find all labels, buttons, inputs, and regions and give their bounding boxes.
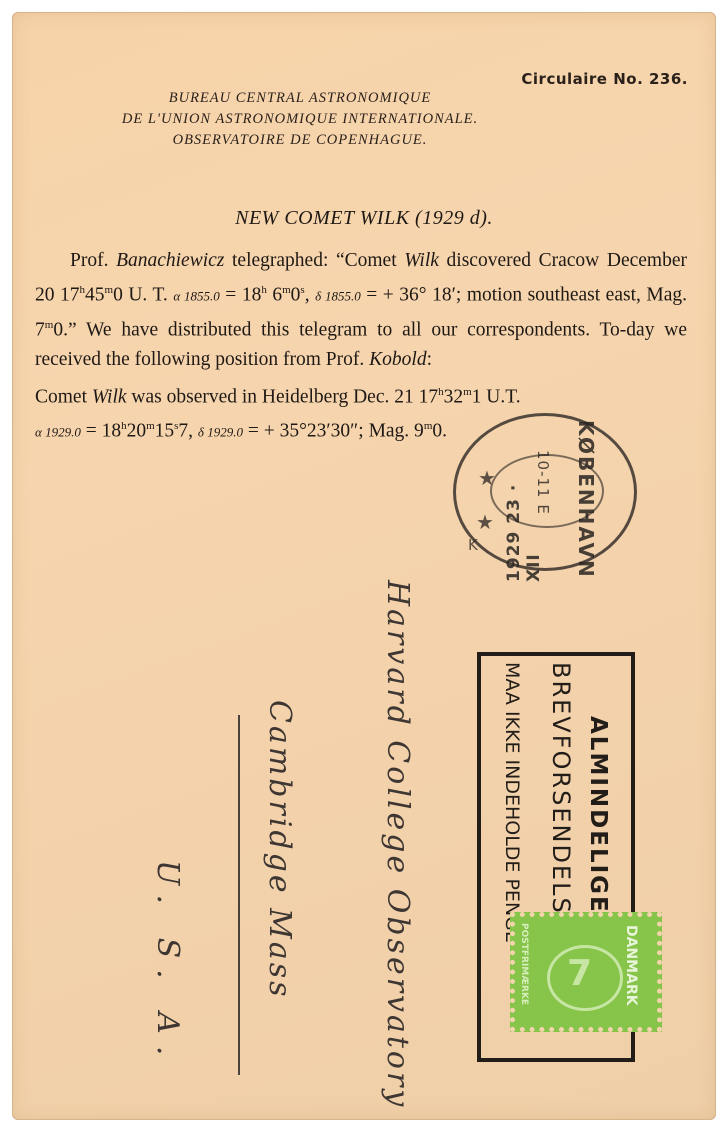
telegram-paragraph: Prof. Banachiewicz telegraphed: “Comet W… (35, 246, 687, 374)
unit-minutes: m (146, 420, 155, 432)
star-icon: ★ (478, 466, 496, 490)
text: 0 (291, 284, 301, 305)
text: 7, (178, 421, 198, 442)
name-wilk: Wilk (404, 250, 439, 271)
text: telegraphed: “Comet (224, 250, 404, 271)
name-kobold: Kobold (369, 349, 426, 370)
text: Prof. (70, 250, 116, 271)
bureau-line-3: OBSERVATOIRE DE COPENHAGUE. (80, 130, 520, 151)
name-wilk: Wilk (92, 387, 127, 408)
text: 6 (267, 284, 282, 305)
text: 45 (85, 284, 105, 305)
star-icon: ★ (476, 510, 494, 534)
unit-minutes: m (463, 386, 472, 398)
stamp-caption: POSTFRIMÆRKE (519, 923, 529, 1005)
postmark-year: 1929 (504, 531, 524, 582)
declination-label: δ 1855.0 (315, 288, 361, 303)
text: 32 (444, 387, 464, 408)
right-ascension-label: α 1929.0 (35, 425, 81, 440)
text: = 18 (81, 421, 121, 442)
text: 20 (127, 421, 147, 442)
declination-label: δ 1929.0 (198, 425, 243, 440)
postage-stamp: POSTFRIMÆRKE 7 DANMARK (510, 912, 662, 1032)
circular-number: Circulaire No. 236. (521, 70, 688, 88)
address-underline (238, 715, 240, 1075)
bureau-line-1: BUREAU CENTRAL ASTRONOMIQUE (80, 88, 520, 109)
unit-minutes: m (105, 284, 114, 296)
announcement-title: NEW COMET WILK (1929 d). (12, 207, 716, 230)
postmark-date: 1929 23 · XII (504, 452, 544, 582)
address-line-3: U. S. A. (150, 860, 185, 1067)
bureau-header: BUREAU CENTRAL ASTRONOMIQUE DE L'UNION A… (80, 88, 520, 151)
text: 1 U.T. (472, 387, 521, 408)
text: 15 (155, 421, 175, 442)
text: : (427, 349, 432, 370)
text: = 18 (220, 284, 262, 305)
postmark-city: KØBENHAVN (568, 420, 598, 579)
bureau-line-2: DE L'UNION ASTRONOMIQUE INTERNATIONALE. (80, 109, 520, 130)
text: = + 35°23′30″; Mag. 9 (243, 421, 424, 442)
right-ascension-label: α 1855.0 (173, 288, 219, 303)
stamp-country: DANMARK (623, 925, 639, 1006)
circular-body: Prof. Banachiewicz telegraphed: “Comet W… (35, 246, 687, 447)
text: , (305, 284, 315, 305)
text: was observed in Heidelberg Dec. 21 17 (127, 387, 439, 408)
address-line-2: Cambridge Mass (262, 700, 297, 1000)
unit-minutes: m (282, 284, 291, 296)
text: 0 U. T. (113, 284, 173, 305)
text: 0. (432, 421, 447, 442)
address-line-1: Harvard College Observatory (380, 580, 415, 1109)
text: 0.” We have distributed this telegram to… (35, 319, 687, 370)
text: Comet (35, 387, 92, 408)
stamp-value: 7 (567, 953, 592, 994)
postmark-letter: K (468, 536, 478, 554)
name-banachiewicz: Banachiewicz (116, 250, 224, 271)
